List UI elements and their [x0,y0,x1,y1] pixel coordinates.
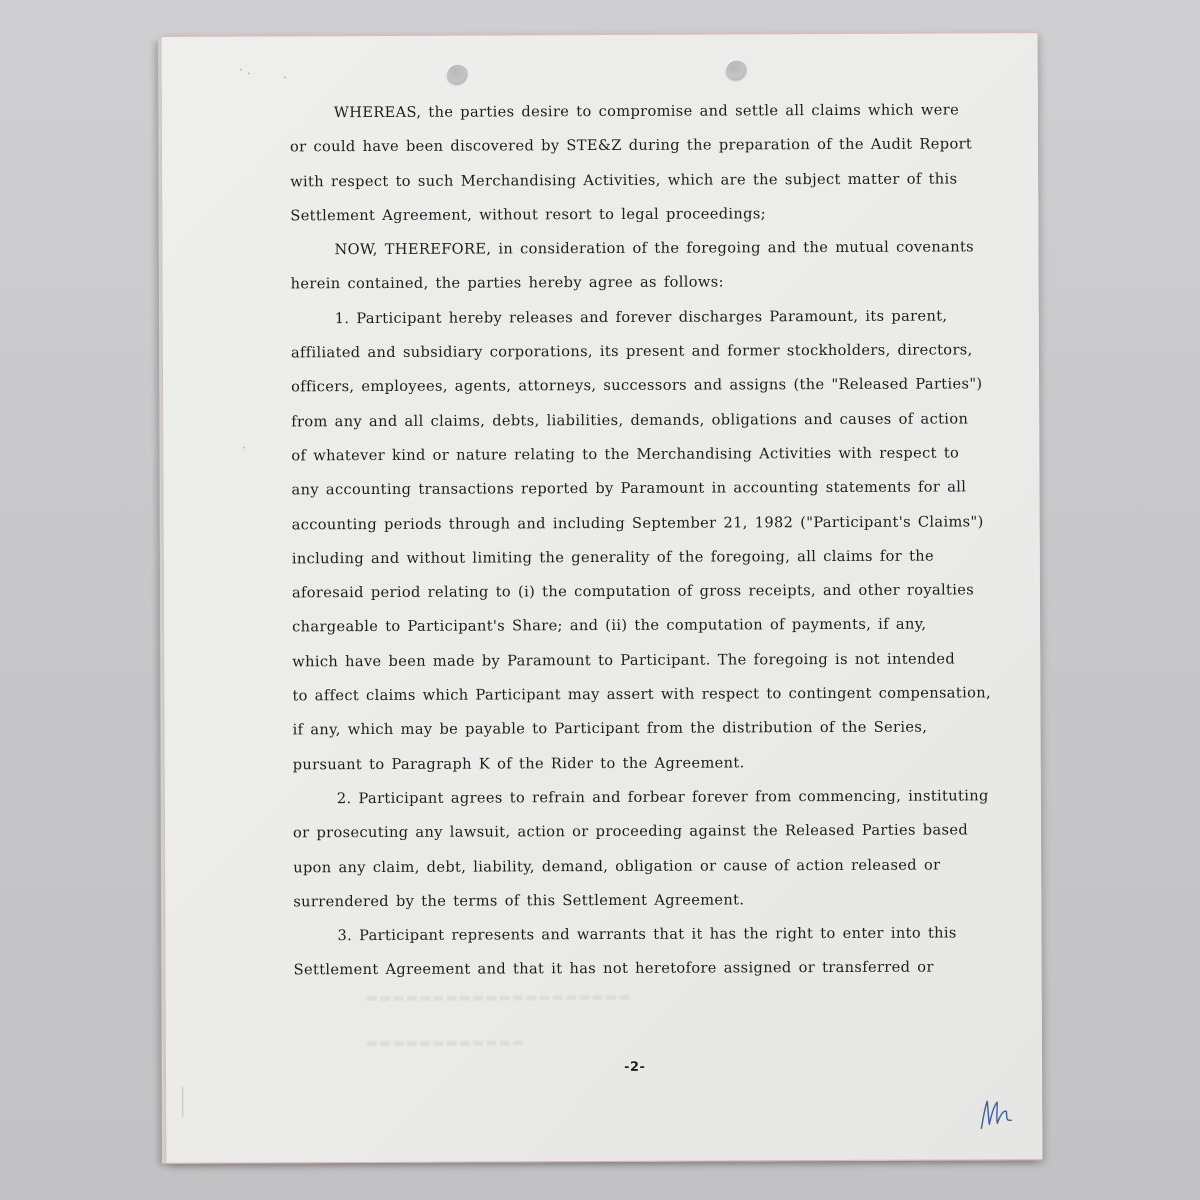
document-line: officers, employees, agents, attorneys, … [291,368,991,405]
document-line: WHEREAS, the parties desire to compromis… [290,93,990,130]
edge-mark [182,1087,183,1117]
document-line: upon any claim, debt, liability, demand,… [293,848,993,885]
page-number: -2- [624,1060,645,1075]
document-line: 3. Participant represents and warrants t… [293,916,993,953]
punch-hole-left [446,63,468,85]
document-line: NOW, THEREFORE, in consideration of the … [290,230,990,267]
document-body: WHEREAS, the parties desire to compromis… [290,93,994,988]
show-through-text: ▬▬▬▬▬▬▬▬▬▬▬▬▬▬▬▬▬▬▬▬ ▬▬▬▬▬▬▬▬▬▬▬▬ [366,974,786,1066]
document-line: or prosecuting any lawsuit, action or pr… [293,814,993,851]
document-page: ▬▬▬▬▬▬▬▬▬▬▬▬▬▬▬▬▬▬▬▬ ▬▬▬▬▬▬▬▬▬▬▬▬ WHEREA… [162,32,1043,1164]
document-line: with respect to such Merchandising Activ… [290,162,990,199]
document-line: 2. Participant agrees to refrain and for… [293,779,993,816]
document-line: pursuant to Paragraph K of the Rider to … [293,745,993,782]
document-line: including and without limiting the gener… [292,539,992,576]
document-line: Settlement Agreement and that it has not… [294,951,994,988]
document-line: of whatever kind or nature relating to t… [291,436,991,473]
document-line: any accounting transactions reported by … [291,471,991,508]
document-line: affiliated and subsidiary corporations, … [291,333,991,370]
punch-hole-right [725,58,747,80]
document-line: Settlement Agreement, without resort to … [290,196,990,233]
document-line: accounting periods through and including… [292,505,992,542]
paper-speck [240,69,242,71]
document-line: from any and all claims, debts, liabilit… [291,402,991,439]
paper-speck [248,73,250,75]
document-line: surrendered by the terms of this Settlem… [293,882,993,919]
paper-speck [243,447,245,449]
document-line: herein contained, the parties hereby agr… [291,265,991,302]
handwritten-initials-icon [978,1097,1014,1131]
document-line: if any, which may be payable to Particip… [293,711,993,748]
document-line: aforesaid period relating to (i) the com… [292,573,992,610]
document-line: which have been made by Paramount to Par… [292,642,992,679]
document-line: to affect claims which Participant may a… [292,676,992,713]
document-line: chargeable to Participant's Share; and (… [292,608,992,645]
paper-speck [284,76,286,78]
document-line: or could have been discovered by STE&Z d… [290,128,990,165]
document-line: 1. Participant hereby releases and forev… [291,299,991,336]
